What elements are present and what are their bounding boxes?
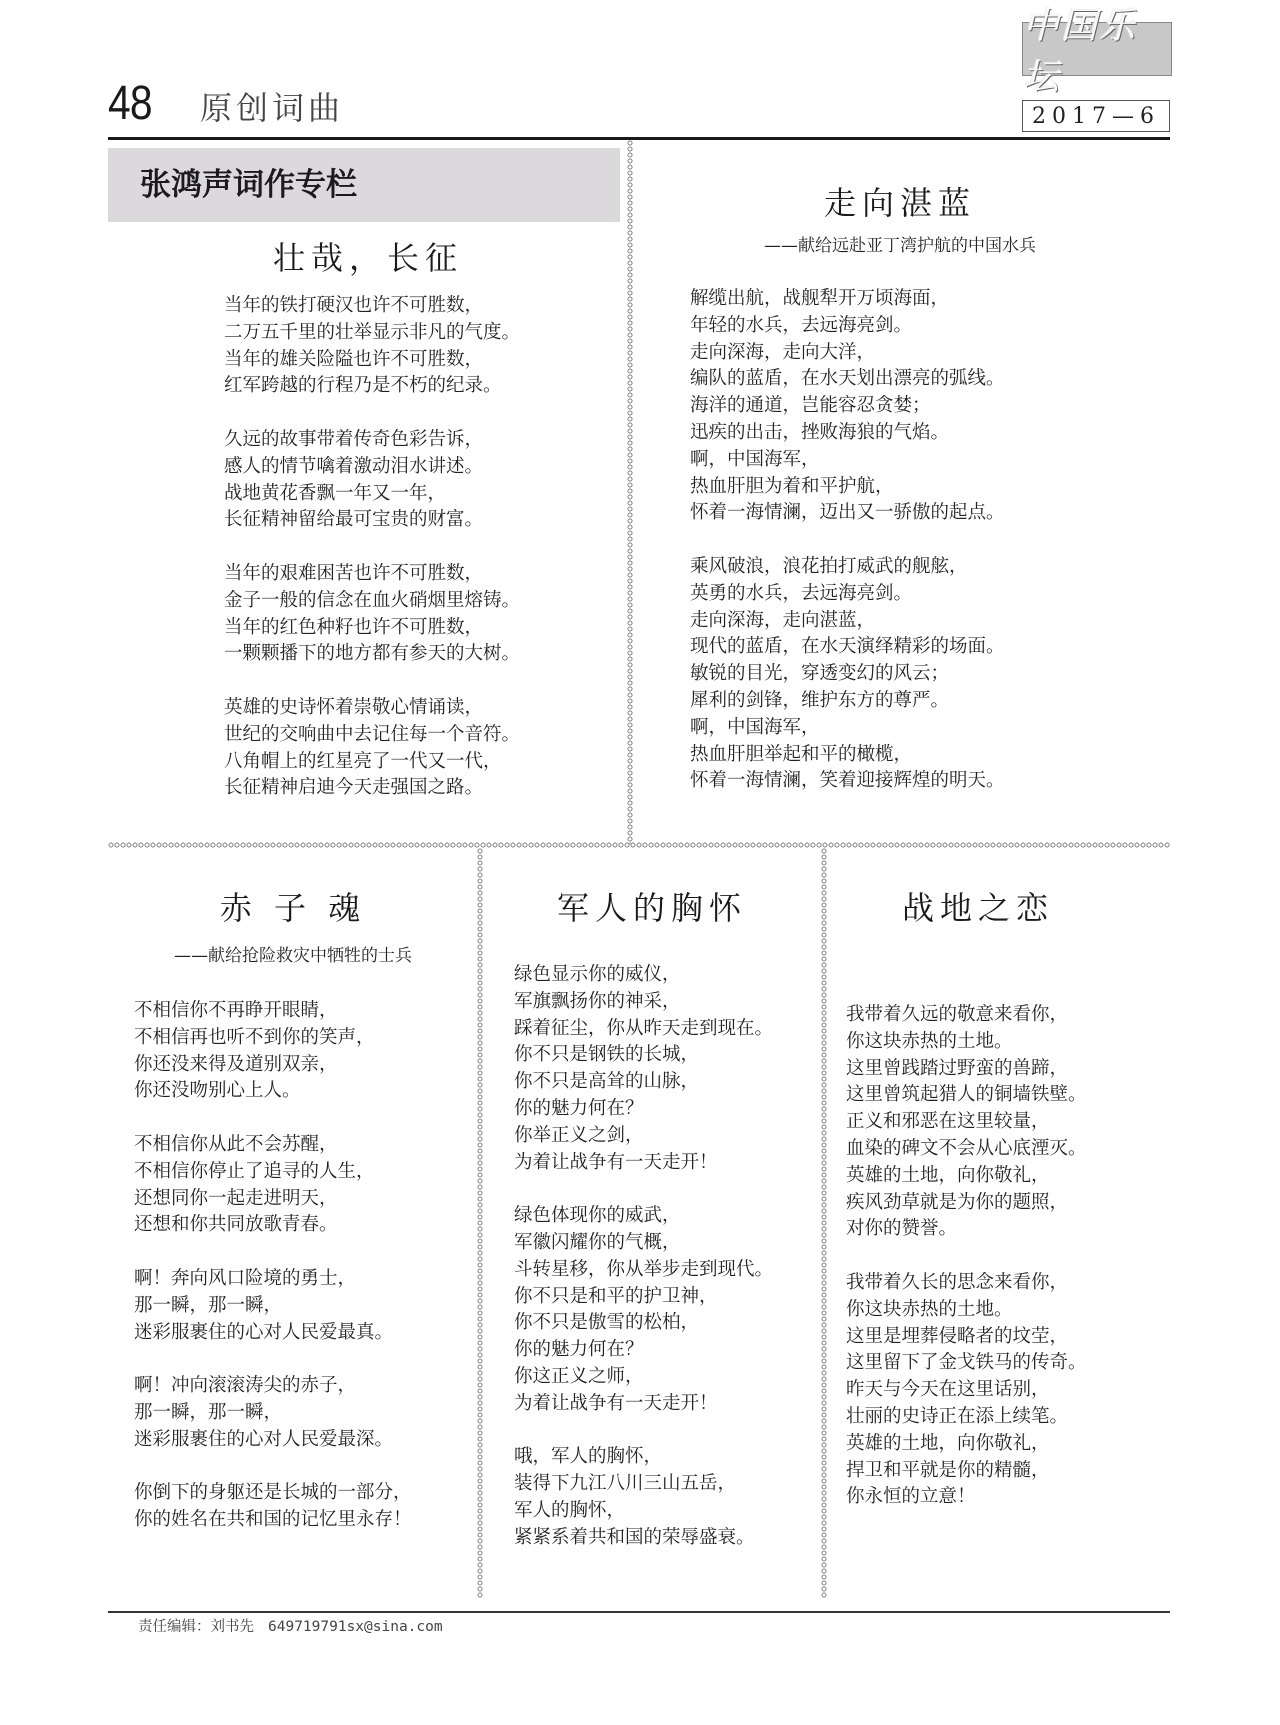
stanza: 解缆出航，战舰犁开万顷海面， 年轻的水兵，去远海亮剑。 走向深海，走向大洋， 编… bbox=[690, 286, 1005, 527]
poem-line: 年轻的水兵，去远海亮剑。 bbox=[690, 313, 1005, 340]
poem-line: 昨天与今天在这里话别， bbox=[846, 1377, 1087, 1404]
poem-line: 敏锐的目光，穿透变幻的风云； bbox=[690, 661, 1005, 688]
section-title: 原创词曲 bbox=[200, 88, 344, 128]
poem-line: 乘风破浪，浪花拍打威武的舰舷， bbox=[690, 554, 1005, 581]
poem-line: 那一瞬，那一瞬， bbox=[134, 1400, 412, 1427]
poem-line: 一颗颗播下的地方都有参天的大树。 bbox=[224, 641, 520, 668]
poem-line: 这里曾践踏过野蛮的兽蹄， bbox=[846, 1056, 1087, 1083]
poem-line: 疾风劲草就是为你的题照， bbox=[846, 1190, 1087, 1217]
poem-line: 二万五千里的壮举显示非凡的气度。 bbox=[224, 320, 520, 347]
stanza: 不相信你不再睁开眼睛， 不相信再也听不到你的笑声， 你还没来得及道别双亲， 你还… bbox=[134, 998, 412, 1105]
poem-line: 军徽闪耀你的气概， bbox=[514, 1230, 773, 1257]
poem-line: 正义和邪恶在这里较量， bbox=[846, 1109, 1087, 1136]
poem-line: 你的魅力何在？ bbox=[514, 1337, 773, 1364]
poem-line: 你还没来得及道别双亲， bbox=[134, 1052, 412, 1079]
poem-line: 你不只是高耸的山脉， bbox=[514, 1069, 773, 1096]
poem-line: 英雄的史诗怀着崇敬心情诵读， bbox=[224, 695, 520, 722]
poem-line: 哦，军人的胸怀， bbox=[514, 1444, 773, 1471]
poem-line: 我带着久长的思念来看你， bbox=[846, 1270, 1087, 1297]
header-rule bbox=[108, 137, 1170, 140]
poem-title: 壮哉，长征 bbox=[108, 238, 628, 278]
poem-line: 犀利的剑锋，维护东方的尊严。 bbox=[690, 688, 1005, 715]
poem-line: 感人的情节噙着激动泪水讲述。 bbox=[224, 454, 520, 481]
poem-body: 不相信你不再睁开眼睛， 不相信再也听不到你的笑声， 你还没来得及道别双亲， 你还… bbox=[134, 998, 412, 1534]
poem-line: 红军跨越的行程乃是不朽的纪录。 bbox=[224, 373, 520, 400]
poem-line: 啊！奔向风口险境的勇士， bbox=[134, 1266, 412, 1293]
poem-line: 装得下九江八川三山五岳， bbox=[514, 1471, 773, 1498]
stanza: 当年的铁打硬汉也许不可胜数， 二万五千里的壮举显示非凡的气度。 当年的雄关险隘也… bbox=[224, 293, 520, 400]
poem-line: 海洋的通道，岂能容忍贪婪； bbox=[690, 393, 1005, 420]
poem-line: 编队的蓝盾，在水天划出漂亮的弧线。 bbox=[690, 366, 1005, 393]
poem-line: 热血肝胆为着和平护航， bbox=[690, 474, 1005, 501]
poem-line: 你的姓名在共和国的记忆里永存！ bbox=[134, 1507, 412, 1534]
poem-title: 赤 子 魂 bbox=[108, 888, 478, 928]
stanza: 啊！奔向风口险境的勇士， 那一瞬，那一瞬， 迷彩服裹住的心对人民爱最真。 bbox=[134, 1266, 412, 1346]
poem-line: 那一瞬，那一瞬， bbox=[134, 1293, 412, 1320]
page-number: 48 bbox=[108, 78, 152, 130]
poem-line: 这里曾筑起猎人的铜墙铁壁。 bbox=[846, 1082, 1087, 1109]
poem-line: 当年的雄关险隘也许不可胜数， bbox=[224, 347, 520, 374]
poem-line: 迅疾的出击，挫败海狼的气焰。 bbox=[690, 420, 1005, 447]
poem-line: 踩着征尘，你从昨天走到现在。 bbox=[514, 1016, 773, 1043]
poem-line: 怀着一海情澜，迈出又一骄傲的起点。 bbox=[690, 500, 1005, 527]
stanza: 绿色显示你的威仪， 军旗飘扬你的神采， 踩着征尘，你从昨天走到现在。 你不只是钢… bbox=[514, 962, 773, 1176]
poem-line: 战地黄花香飘一年又一年， bbox=[224, 481, 520, 508]
poem-line: 我带着久远的敬意来看你， bbox=[846, 1002, 1087, 1029]
poem-line: 金子一般的信念在血火硝烟里熔铸。 bbox=[224, 588, 520, 615]
poem-line: 你这块赤热的土地。 bbox=[846, 1297, 1087, 1324]
stanza: 英雄的史诗怀着崇敬心情诵读， 世纪的交响曲中去记住每一个音符。 八角帽上的红星亮… bbox=[224, 695, 520, 802]
poem-line: 你这块赤热的土地。 bbox=[846, 1029, 1087, 1056]
poem-body: 绿色显示你的威仪， 军旗飘扬你的神采， 踩着征尘，你从昨天走到现在。 你不只是钢… bbox=[514, 962, 773, 1552]
poem-line: 你不只是和平的护卫神， bbox=[514, 1284, 773, 1311]
poem-title: 走向湛蓝 bbox=[640, 183, 1160, 223]
poem-line: 你这正义之师， bbox=[514, 1364, 773, 1391]
poem-line: 捍卫和平就是你的精髓， bbox=[846, 1458, 1087, 1485]
poem-line: 为着让战争有一天走开！ bbox=[514, 1150, 773, 1177]
footer-rule bbox=[108, 1611, 1170, 1613]
poem-line: 当年的铁打硬汉也许不可胜数， bbox=[224, 293, 520, 320]
poem-line: 不相信你停止了追寻的人生， bbox=[134, 1159, 412, 1186]
poem-line: 还想同你一起走进明天， bbox=[134, 1186, 412, 1213]
column-banner-title: 张鸿声词作专栏 bbox=[140, 165, 357, 205]
poem-line: 现代的蓝盾，在水天演绎精彩的场面。 bbox=[690, 634, 1005, 661]
poem-line: 世纪的交响曲中去记住每一个音符。 bbox=[224, 722, 520, 749]
poem-line: 你还没吻别心上人。 bbox=[134, 1078, 412, 1105]
poem-line: 迷彩服裹住的心对人民爱最深。 bbox=[134, 1427, 412, 1454]
poem-line: 绿色显示你的威仪， bbox=[514, 962, 773, 989]
issue-number: 2017—6 bbox=[1022, 100, 1170, 132]
poem-body: 我带着久远的敬意来看你， 你这块赤热的土地。 这里曾践踏过野蛮的兽蹄， 这里曾筑… bbox=[846, 1002, 1087, 1511]
poem-line: 对你的赞誉。 bbox=[846, 1216, 1087, 1243]
stanza: 我带着久长的思念来看你， 你这块赤热的土地。 这里是埋葬侵略者的坟茔， 这里留下… bbox=[846, 1270, 1087, 1511]
stanza: 久远的故事带着传奇色彩告诉， 感人的情节噙着激动泪水讲述。 战地黄花香飘一年又一… bbox=[224, 427, 520, 534]
poem-line: 长征精神启迪今天走强国之路。 bbox=[224, 775, 520, 802]
poem-title: 战地之恋 bbox=[828, 888, 1128, 928]
divider-vertical-right bbox=[821, 848, 827, 1598]
poem-line: 军人的胸怀， bbox=[514, 1498, 773, 1525]
divider-horizontal bbox=[108, 842, 1170, 848]
poem-line: 英雄的土地，向你敬礼， bbox=[846, 1163, 1087, 1190]
poem-line: 啊！冲向滚滚涛尖的赤子， bbox=[134, 1373, 412, 1400]
poem-title: 军人的胸怀 bbox=[484, 888, 820, 928]
poem-line: 长征精神留给最可宝贵的财富。 bbox=[224, 507, 520, 534]
poem-line: 走向深海，走向大洋， bbox=[690, 340, 1005, 367]
stanza: 当年的艰难困苦也许不可胜数， 金子一般的信念在血火硝烟里熔铸。 当年的红色种籽也… bbox=[224, 561, 520, 668]
stanza: 不相信你从此不会苏醒， 不相信你停止了追寻的人生， 还想同你一起走进明天， 还想… bbox=[134, 1132, 412, 1239]
poem-line: 啊，中国海军， bbox=[690, 715, 1005, 742]
poem-line: 当年的艰难困苦也许不可胜数， bbox=[224, 561, 520, 588]
stanza: 你倒下的身躯还是长城的一部分， 你的姓名在共和国的记忆里永存！ bbox=[134, 1480, 412, 1534]
poem-line: 当年的红色种籽也许不可胜数， bbox=[224, 615, 520, 642]
poem-line: 怀着一海情澜，笑着迎接辉煌的明天。 bbox=[690, 768, 1005, 795]
editor-credit: 责任编辑：刘书先 bbox=[138, 1619, 254, 1635]
poem-line: 还想和你共同放歌青春。 bbox=[134, 1212, 412, 1239]
poem-line: 军旗飘扬你的神采， bbox=[514, 989, 773, 1016]
stanza: 哦，军人的胸怀， 装得下九江八川三山五岳， 军人的胸怀， 紧紧系着共和国的荣辱盛… bbox=[514, 1444, 773, 1551]
poem-body: 解缆出航，战舰犁开万顷海面， 年轻的水兵，去远海亮剑。 走向深海，走向大洋， 编… bbox=[690, 286, 1005, 795]
editor-email[interactable]: 649719791sx@sina.com bbox=[268, 1619, 443, 1635]
poem-line: 英雄的土地，向你敬礼， bbox=[846, 1431, 1087, 1458]
poem-line: 八角帽上的红星亮了一代又一代， bbox=[224, 749, 520, 776]
poem-line: 血染的碑文不会从心底湮灭。 bbox=[846, 1136, 1087, 1163]
poem-line: 热血肝胆举起和平的橄榄， bbox=[690, 742, 1005, 769]
poem-line: 你不只是傲雪的松柏， bbox=[514, 1310, 773, 1337]
stanza: 我带着久远的敬意来看你， 你这块赤热的土地。 这里曾践踏过野蛮的兽蹄， 这里曾筑… bbox=[846, 1002, 1087, 1243]
footer-credit: 责任编辑：刘书先649719791sx@sina.com bbox=[138, 1617, 443, 1637]
poem-line: 不相信你不再睁开眼睛， bbox=[134, 998, 412, 1025]
poem-line: 这里是埋葬侵略者的坟茔， bbox=[846, 1324, 1087, 1351]
poem-line: 解缆出航，战舰犁开万顷海面， bbox=[690, 286, 1005, 313]
poem-line: 你倒下的身躯还是长城的一部分， bbox=[134, 1480, 412, 1507]
poem-line: 为着让战争有一天走开！ bbox=[514, 1391, 773, 1418]
poem-line: 不相信再也听不到你的笑声， bbox=[134, 1025, 412, 1052]
poem-line: 壮丽的史诗正在添上续笔。 bbox=[846, 1404, 1087, 1431]
stanza: 乘风破浪，浪花拍打威武的舰舷， 英勇的水兵，去远海亮剑。 走向深海，走向湛蓝， … bbox=[690, 554, 1005, 795]
stanza: 啊！冲向滚滚涛尖的赤子， 那一瞬，那一瞬， 迷彩服裹住的心对人民爱最深。 bbox=[134, 1373, 412, 1453]
poem-line: 斗转星移，你从举步走到现代。 bbox=[514, 1257, 773, 1284]
poem-subtitle: ——献给抢险救灾中牺牲的士兵 bbox=[108, 944, 478, 968]
poem-line: 你永恒的立意！ bbox=[846, 1484, 1087, 1511]
magazine-logo: 中国乐坛 bbox=[1022, 22, 1172, 76]
column-banner: 张鸿声词作专栏 bbox=[108, 148, 620, 222]
stanza: 绿色体现你的威武， 军徽闪耀你的气概， 斗转星移，你从举步走到现代。 你不只是和… bbox=[514, 1203, 773, 1417]
poem-line: 这里留下了金戈铁马的传奇。 bbox=[846, 1350, 1087, 1377]
poem-line: 你的魅力何在？ bbox=[514, 1096, 773, 1123]
poem-line: 久远的故事带着传奇色彩告诉， bbox=[224, 427, 520, 454]
poem-subtitle: ——献给远赴亚丁湾护航的中国水兵 bbox=[640, 234, 1160, 258]
poem-line: 走向深海，走向湛蓝， bbox=[690, 608, 1005, 635]
poem-line: 迷彩服裹住的心对人民爱最真。 bbox=[134, 1320, 412, 1347]
poem-line: 你不只是钢铁的长城， bbox=[514, 1042, 773, 1069]
poem-body: 当年的铁打硬汉也许不可胜数， 二万五千里的壮举显示非凡的气度。 当年的雄关险隘也… bbox=[224, 293, 520, 802]
poem-line: 你举正义之剑， bbox=[514, 1123, 773, 1150]
poem-line: 不相信你从此不会苏醒， bbox=[134, 1132, 412, 1159]
poem-line: 绿色体现你的威武， bbox=[514, 1203, 773, 1230]
poem-line: 啊，中国海军， bbox=[690, 447, 1005, 474]
poem-line: 紧紧系着共和国的荣辱盛衰。 bbox=[514, 1525, 773, 1552]
poem-line: 英勇的水兵，去远海亮剑。 bbox=[690, 581, 1005, 608]
